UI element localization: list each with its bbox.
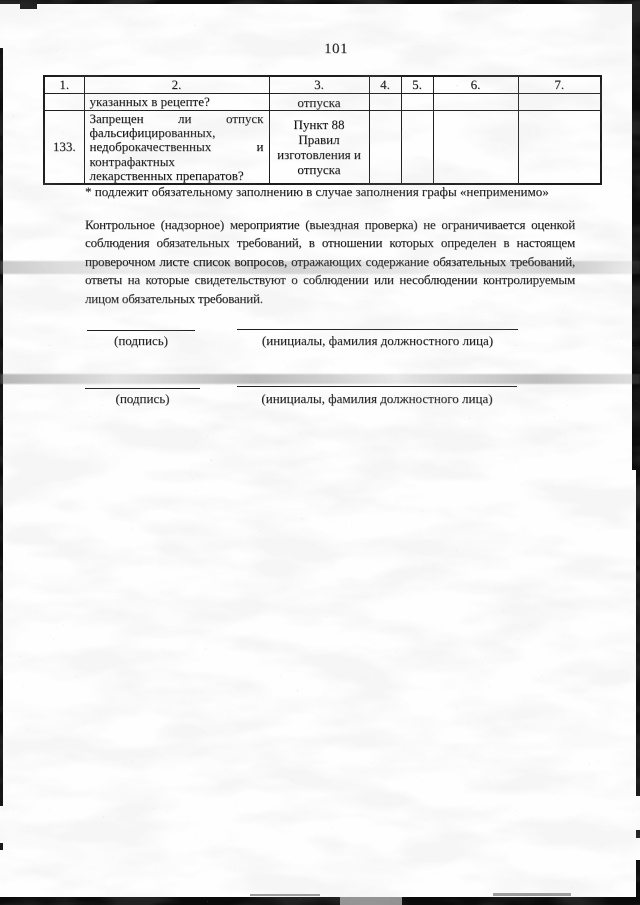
scan-edge-right-upper (632, 0, 640, 470)
signature-name-label: (инициалы, фамилия должностного лица) (237, 333, 518, 349)
table-row: 133. Запрещен ли отпуск фальсифицированн… (44, 111, 601, 185)
scan-gray-patch-bottom (340, 897, 402, 905)
question-cell: Запрещен ли отпуск фальсифицированных, н… (84, 111, 269, 185)
signature-line-sign (87, 330, 195, 331)
scan-edge-right-middle (636, 470, 640, 796)
question-line: фальсифицированных, (90, 126, 264, 140)
table-cell-empty (433, 94, 518, 111)
paragraph-line: Контрольное (надзорное) мероприятие (вые… (85, 216, 575, 234)
signature-line-name (237, 386, 517, 387)
basis-line: Правил (270, 132, 369, 147)
page-number: 101 (0, 41, 640, 58)
table-header-cell: 6. (433, 76, 518, 94)
basis-cell: отпуска (269, 94, 369, 111)
basis-line: отпуска (270, 162, 369, 177)
basis-cell: Пункт 88 Правил изготовления и отпуска (269, 111, 369, 185)
table-header-cell: 1. (44, 76, 84, 94)
scan-edge-bottom (0, 897, 640, 905)
checklist-table: 1. 2. 3. 4. 5. 6. 7. указанных в рецепте… (43, 75, 602, 185)
scan-edge-top (0, 0, 640, 4)
paragraph-line: соблюдения обязательных требований, в от… (85, 234, 575, 252)
question-cell: указанных в рецепте? (84, 94, 269, 111)
scan-edge-right-segment (636, 830, 640, 838)
basis-line: изготовления и (270, 147, 369, 162)
table-header-cell: 7. (518, 76, 601, 94)
table-cell-empty (401, 94, 433, 111)
table-header-cell: 5. (401, 76, 433, 94)
table-cell-empty (518, 94, 601, 111)
question-line: недоброкачественных и (90, 140, 264, 154)
scan-blob-top-left (20, 0, 37, 9)
question-line: лекарственных препаратов? (90, 169, 264, 183)
paragraph-line: лицом обязательных требований. (85, 290, 575, 308)
question-line: контрафактных (90, 155, 264, 169)
basis-line: Пункт 88 (270, 117, 369, 132)
body-paragraph: Контрольное (надзорное) мероприятие (вые… (85, 216, 575, 308)
scanned-page: 101 1. 2. 3. 4. 5. 6. 7. указанных в рец… (0, 0, 640, 905)
paragraph-line: ответы на которые свидетельствуют о собл… (85, 271, 575, 289)
table-header-cell: 3. (269, 76, 369, 94)
table-header-cell: 4. (369, 76, 401, 94)
scan-gray-line-bottom-left (250, 894, 320, 896)
paragraph-line: проверочном листе список вопросов, отраж… (85, 253, 575, 271)
signature-line-name (237, 329, 518, 330)
signature-line-sign (85, 388, 200, 389)
table-cell-empty (401, 111, 433, 185)
table-cell-empty (369, 94, 401, 111)
signature-name-label: (инициалы, фамилия должностного лица) (237, 391, 517, 407)
row-number-cell: 133. (44, 111, 84, 185)
table-row: указанных в рецепте? отпуска (44, 94, 601, 111)
row-number-cell (44, 94, 84, 111)
scan-mark-left (0, 843, 3, 850)
signature-sign-label: (подпись) (85, 391, 200, 407)
signature-sign-label: (подпись) (87, 333, 195, 349)
table-header-cell: 2. (84, 76, 269, 94)
table-cell-empty (369, 111, 401, 185)
table-cell-empty (518, 111, 601, 185)
question-line: Запрещен ли отпуск (90, 112, 264, 126)
table-cell-empty (433, 111, 518, 185)
scan-edge-left (0, 48, 3, 806)
table-footnote: * подлежит обязательному заполнению в сл… (85, 184, 605, 200)
table-header-row: 1. 2. 3. 4. 5. 6. 7. (44, 76, 601, 94)
scan-smudge-band-signatures (0, 374, 640, 384)
scan-gray-line-bottom-right (493, 893, 571, 896)
